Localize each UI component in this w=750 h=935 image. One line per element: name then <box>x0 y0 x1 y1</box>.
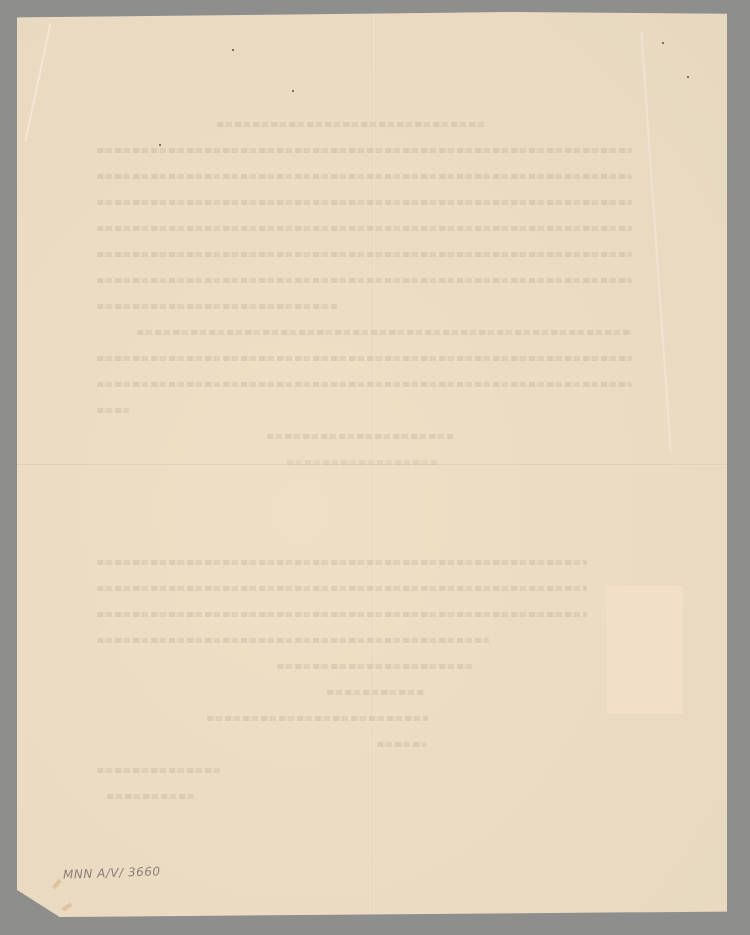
ghost-line <box>97 382 632 387</box>
ghost-line <box>217 122 485 127</box>
ghost-line <box>97 560 587 565</box>
ghost-line <box>97 612 587 617</box>
ghost-line <box>277 664 473 669</box>
ghost-line <box>97 148 632 153</box>
ghost-line <box>97 356 632 361</box>
paper-sheet <box>17 12 727 917</box>
paper-speck <box>687 76 689 78</box>
ghost-line <box>267 434 454 439</box>
paper-speck <box>232 49 234 51</box>
ghost-line <box>97 304 338 309</box>
ghost-signature <box>287 460 437 465</box>
bleed-through-text-lower <box>97 560 587 820</box>
ghost-line <box>137 330 632 335</box>
ghost-line <box>97 200 632 205</box>
bleed-through-text-upper <box>97 122 632 486</box>
ghost-line <box>97 586 587 591</box>
ghost-line <box>377 742 426 747</box>
ghost-line <box>97 174 632 179</box>
ghost-line <box>97 252 632 257</box>
paper-speck <box>662 42 664 44</box>
tape-remnant <box>62 902 72 911</box>
ghost-line <box>97 408 129 413</box>
paper-speck <box>292 90 294 92</box>
paper-crease <box>640 32 671 451</box>
ghost-line <box>327 690 425 695</box>
paper-stain-rectangle <box>607 586 683 714</box>
ghost-line <box>107 794 195 799</box>
tape-remnant <box>52 879 61 889</box>
paper-speck <box>159 144 161 146</box>
ghost-line <box>97 638 489 643</box>
ghost-line <box>97 226 632 231</box>
ghost-line <box>97 768 220 773</box>
ghost-line <box>207 716 428 721</box>
paper-crease <box>25 23 52 141</box>
ghost-line <box>97 278 632 283</box>
